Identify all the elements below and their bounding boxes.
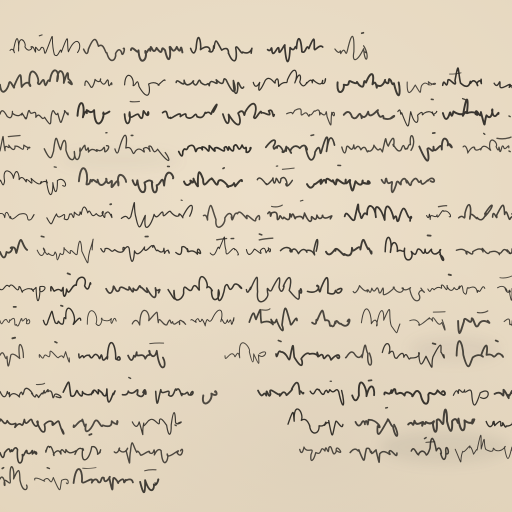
handwriting-stroke: [106, 286, 160, 298]
handwriting-stroke: [509, 85, 510, 86]
handwriting-stroke: [0, 171, 66, 195]
handwriting-stroke: [308, 278, 342, 294]
handwriting-stroke: [132, 413, 181, 435]
handwriting-stroke: [365, 52, 366, 53]
handwriting-stroke: [115, 135, 169, 160]
handwriting-stroke: [8, 136, 20, 137]
handwriting-stroke: [428, 285, 485, 294]
handwriting-stroke: [300, 447, 341, 461]
handwriting-stroke: [87, 311, 116, 326]
handwriting-stroke: [410, 318, 445, 330]
handwriting-stroke: [83, 468, 96, 469]
handwriting-stroke: [361, 309, 400, 333]
handwriting-stroke: [497, 137, 511, 139]
handwriting-stroke: [282, 168, 294, 169]
handwriting-stroke: [51, 277, 91, 296]
handwriting-stroke: [443, 100, 499, 125]
handwriting-stroke: [132, 310, 185, 325]
handwriting-stroke: [84, 40, 125, 61]
handwriting-stroke: [495, 390, 512, 398]
handwriting-stroke: [307, 179, 370, 191]
handwriting-stroke: [47, 468, 49, 469]
handwriting-stroke: [63, 382, 115, 402]
handwriting-stroke: [300, 200, 303, 201]
handwriting-stroke: [114, 443, 182, 463]
handwriting-stroke: [223, 104, 274, 125]
handwriting-stroke: [455, 435, 512, 462]
handwriting-stroke: [0, 467, 27, 490]
handwriting-ink: [0, 0, 512, 512]
handwriting-stroke: [204, 206, 260, 228]
handwriting-stroke: [131, 47, 183, 61]
handwriting-stroke: [121, 203, 192, 228]
handwriting-stroke: [47, 207, 112, 224]
handwriting-stroke: [353, 286, 424, 301]
handwriting-stroke: [0, 388, 61, 397]
handwriting-stroke: [449, 275, 451, 276]
handwriting-stroke: [268, 39, 323, 62]
handwriting-stroke: [287, 109, 335, 125]
handwriting-stroke: [246, 248, 270, 255]
handwriting-stroke: [385, 237, 443, 260]
handwriting-stroke: [276, 346, 339, 366]
handwriting-stroke: [463, 140, 509, 153]
handwriting-stroke: [344, 110, 394, 119]
handwriting-stroke: [268, 212, 332, 221]
handwriting-stroke: [408, 410, 474, 432]
handwriting-stroke: [249, 308, 297, 330]
handwriting-stroke: [0, 240, 27, 257]
handwriting-stroke: [203, 391, 217, 403]
handwriting-stroke: [509, 151, 510, 152]
handwriting-stroke: [257, 178, 292, 186]
handwriting-stroke: [384, 389, 445, 404]
handwriting-stroke: [168, 277, 242, 301]
handwriting-stroke: [419, 139, 452, 161]
handwriting-stroke: [335, 36, 367, 59]
handwriting-stroke: [272, 205, 283, 207]
handwriting-stroke: [258, 383, 304, 396]
handwriting-stroke: [459, 205, 492, 220]
handwriting-stroke: [477, 311, 487, 313]
handwriting-stroke: [0, 111, 68, 124]
handwriting-stroke: [176, 79, 244, 94]
handwriting-stroke: [407, 82, 435, 93]
handwriting-stroke: [504, 319, 512, 326]
handwriting-stroke: [79, 168, 126, 187]
handwriting-stroke: [312, 311, 349, 327]
handwriting-stroke: [85, 79, 112, 88]
handwriting-stroke: [266, 137, 335, 160]
handwriting-stroke: [10, 36, 80, 55]
handwriting-stroke: [176, 247, 201, 255]
handwriting-stroke: [155, 483, 156, 484]
handwriting-stroke: [39, 35, 42, 36]
handwriting-stroke: [458, 318, 489, 333]
handwriting-stroke: [39, 351, 69, 362]
handwriting-stroke: [44, 138, 108, 159]
handwriting-stroke: [342, 136, 414, 153]
handwriting-stroke: [125, 75, 165, 95]
handwriting-stroke: [326, 240, 372, 256]
handwriting-stroke: [345, 204, 412, 221]
handwriting-stroke: [496, 341, 498, 342]
handwriting-stroke: [12, 338, 15, 339]
handwriting-stroke: [35, 478, 69, 490]
handwriting-stroke: [125, 111, 149, 123]
handwriting-stroke: [382, 344, 444, 368]
handwriting-stroke: [498, 286, 512, 300]
handwriting-stroke: [439, 206, 447, 207]
handwriting-stroke: [140, 479, 158, 492]
handwriting-stroke: [37, 239, 93, 263]
handwriting-stroke: [426, 442, 435, 443]
handwriting-stroke: [223, 168, 224, 169]
handwriting-stroke: [500, 276, 512, 278]
handwriting-stroke: [262, 309, 270, 310]
handwriting-stroke: [191, 38, 252, 61]
handwriting-stroke: [150, 343, 164, 344]
handwriting-stroke: [259, 234, 262, 235]
handwriting-stroke: [346, 345, 372, 365]
handwriting-stroke: [46, 446, 101, 459]
handwriting-stroke: [156, 389, 193, 403]
handwriting-stroke: [456, 248, 512, 254]
handwriting-stroke: [184, 172, 242, 187]
handwriting-stroke: [356, 419, 398, 436]
handwriting-stroke: [259, 238, 273, 240]
handwriting-stroke: [382, 178, 435, 192]
handwriting-stroke: [2, 468, 3, 469]
handwriting-stroke: [225, 343, 266, 364]
handwriting-stroke: [427, 211, 451, 220]
handwriting-stroke: [89, 434, 91, 435]
handwriting-stroke: [61, 306, 63, 307]
handwriting-stroke: [145, 470, 156, 471]
handwritten-letter-scan: [0, 0, 512, 512]
handwriting-stroke: [0, 137, 30, 151]
handwriting-stroke: [350, 448, 397, 462]
handwriting-stroke: [129, 378, 131, 379]
handwriting-stroke: [41, 236, 44, 237]
handwriting-stroke: [398, 110, 437, 126]
handwriting-stroke: [288, 409, 343, 435]
handwriting-stroke: [0, 212, 34, 220]
handwriting-stroke: [457, 341, 503, 366]
handwriting-stroke: [0, 285, 45, 301]
handwriting-stroke: [78, 103, 110, 123]
handwriting-stroke: [0, 419, 64, 434]
handwriting-stroke: [0, 448, 37, 463]
handwriting-stroke: [281, 240, 318, 255]
handwriting-stroke: [101, 245, 169, 261]
handwriting-stroke: [55, 342, 57, 343]
handwriting-stroke: [128, 351, 165, 368]
handwriting-stroke: [74, 420, 118, 432]
handwriting-stroke: [453, 390, 488, 405]
handwriting-stroke: [493, 205, 512, 219]
handwriting-stroke: [509, 291, 510, 292]
handwriting-stroke: [463, 99, 466, 100]
handwriting-stroke: [217, 239, 227, 240]
handwriting-stroke: [310, 389, 343, 405]
handwriting-stroke: [278, 341, 281, 342]
handwriting-stroke: [425, 438, 427, 439]
handwriting-stroke: [509, 253, 510, 254]
handwriting-stroke: [43, 308, 80, 325]
handwriting-stroke: [210, 237, 238, 255]
handwriting-stroke: [311, 135, 314, 136]
handwriting-stroke: [74, 469, 133, 489]
handwriting-stroke: [484, 133, 485, 134]
handwriting-stroke: [352, 382, 374, 400]
handwriting-stroke: [68, 273, 70, 274]
handwriting-stroke: [133, 173, 174, 193]
handwriting-stroke: [0, 318, 30, 326]
handwriting-stroke: [36, 383, 44, 384]
handwriting-stroke: [443, 68, 482, 86]
handwriting-stroke: [163, 104, 217, 118]
handwriting-stroke: [179, 145, 251, 156]
handwriting-stroke: [123, 390, 146, 397]
handwriting-stroke: [509, 116, 510, 117]
handwriting-stroke: [175, 425, 176, 426]
handwriting-stroke: [433, 343, 436, 344]
handwriting-stroke: [486, 420, 512, 427]
handwriting-stroke: [0, 70, 72, 91]
handwriting-stroke: [79, 343, 120, 360]
handwriting-stroke: [253, 70, 325, 90]
handwriting-stroke: [337, 74, 399, 95]
handwriting-stroke: [246, 277, 301, 301]
handwriting-stroke: [191, 310, 234, 326]
handwriting-stroke: [0, 345, 23, 367]
